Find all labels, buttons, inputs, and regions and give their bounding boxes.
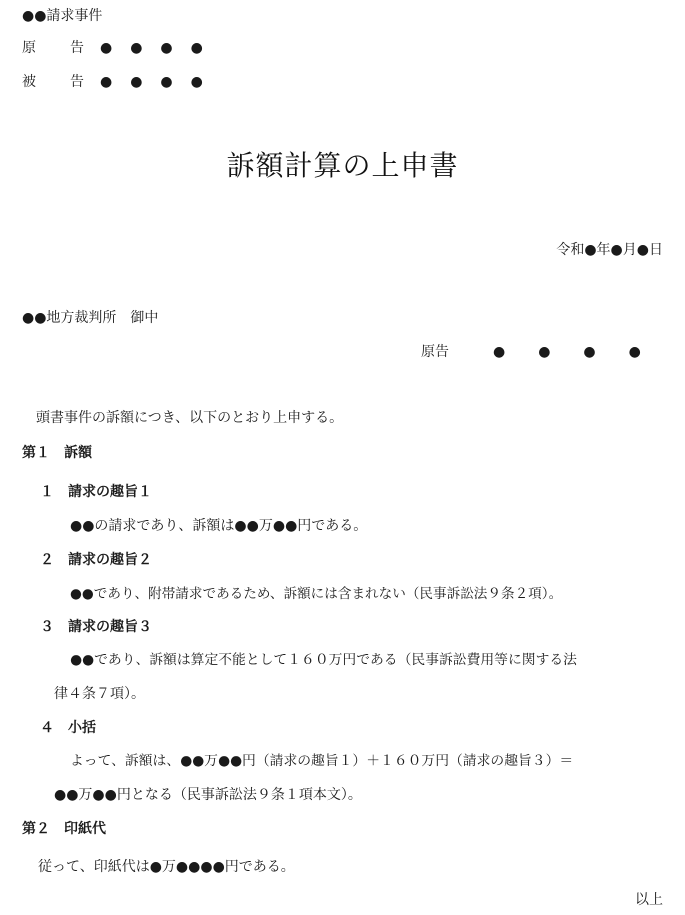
section2-heading: 第２ 印紙代 [22, 819, 106, 839]
plaintiff-name: ●●●● [100, 40, 221, 56]
filer-name: ●●●● [493, 344, 674, 360]
defendant-label-2: 告 [70, 74, 84, 90]
plaintiff-row: 原告●●●● [22, 38, 221, 58]
item1-number: １ [40, 484, 54, 500]
item2-body: ●●であり、附帯請求であるため、訴額には含まれない（民事訴訟法９条２項）。 [70, 584, 562, 604]
filer-row: 原告●●●● [421, 342, 674, 362]
item4-body-line2: ●●万●●円となる（民事訴訟法９条１項本文）。 [54, 785, 362, 805]
closing-mark: 以上 [635, 890, 663, 910]
court-addressee: ●●地方裁判所 御中 [22, 308, 158, 328]
document-title: 訴額計算の上申書 [0, 148, 685, 184]
item3-body-line1: ●●であり、訴額は算定不能として１６０万円である（民事訴訟費用等に関する法 [70, 650, 577, 670]
item3-body-line2: 律４条７項）。 [54, 684, 145, 704]
item4-heading: ４小括 [40, 718, 96, 738]
item2-heading: ２請求の趣旨２ [40, 550, 152, 570]
filer-label: 原告 [421, 344, 449, 360]
item1-title: 請求の趣旨１ [68, 484, 152, 500]
item4-number: ４ [40, 720, 54, 736]
document-date: 令和●年●月●日 [556, 240, 663, 260]
intro-paragraph: 頭書事件の訴額につき、以下のとおり上申する。 [36, 408, 343, 428]
item3-heading: ３請求の趣旨３ [40, 617, 152, 637]
item3-title: 請求の趣旨３ [68, 619, 152, 635]
section1-heading: 第１ 訴額 [22, 443, 92, 463]
plaintiff-label-1: 原 [22, 40, 36, 56]
defendant-row: 被告●●●● [22, 72, 221, 92]
item4-title: 小括 [68, 720, 96, 736]
item4-body-line1: よって、訴額は、●●万●●円（請求の趣旨１）＋１６０万円（請求の趣旨３）＝ [70, 751, 573, 771]
item2-title: 請求の趣旨２ [68, 552, 152, 568]
item1-body: ●●の請求であり、訴額は●●万●●円である。 [70, 516, 367, 536]
section2-body: 従って、印紙代は●万●●●●円である。 [38, 857, 295, 877]
item2-number: ２ [40, 552, 54, 568]
defendant-label-1: 被 [22, 74, 36, 90]
plaintiff-label-2: 告 [70, 40, 84, 56]
item3-number: ３ [40, 619, 54, 635]
item1-heading: １請求の趣旨１ [40, 482, 152, 502]
defendant-name: ●●●● [100, 74, 221, 90]
case-name: ●●請求事件 [22, 6, 102, 26]
